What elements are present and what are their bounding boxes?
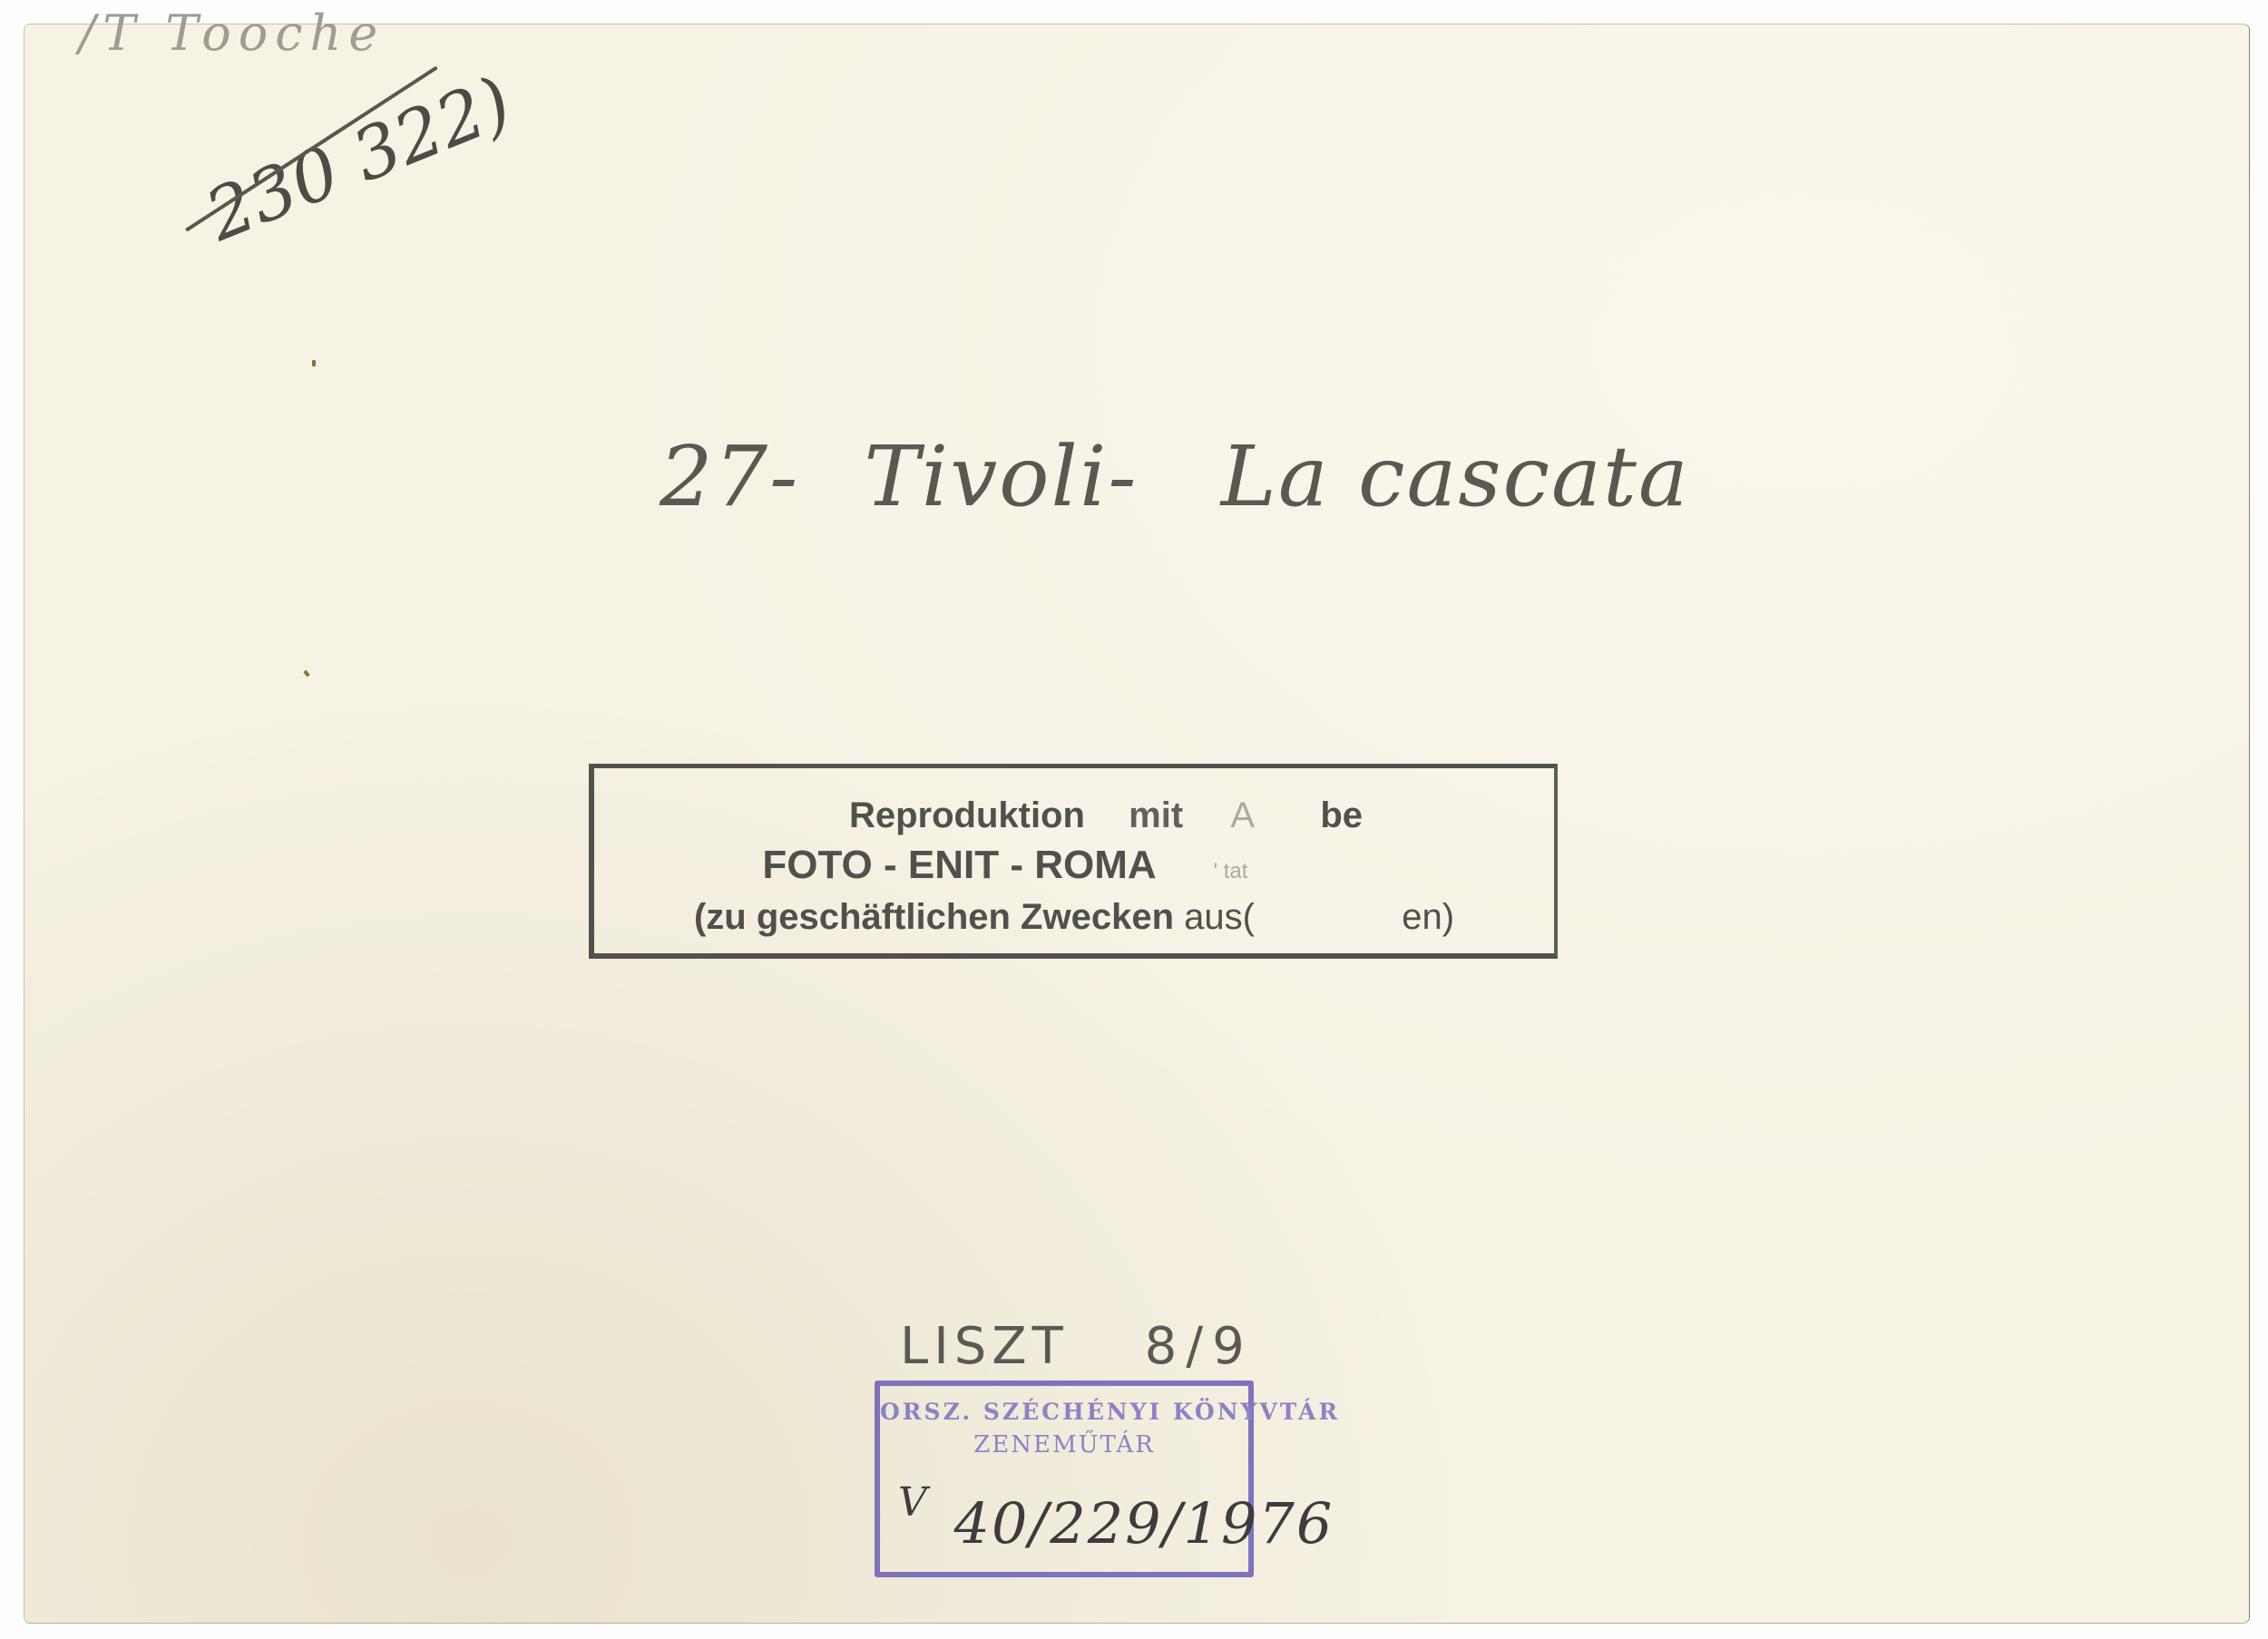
inventory-number-text: 40/229/1976 <box>954 1490 1334 1556</box>
stamp-commercial-notice: (zu geschäftlichen Zwecken <box>694 897 1174 937</box>
caption-place: Tivoli- <box>864 428 1138 525</box>
library-ownership-stamp: ORSZ. SZÉCHÉNYI KÖNYVTÁR ZENEMŰTÁR V 40/… <box>875 1380 1254 1577</box>
stamp-line-1: Reproduktion mit A be <box>658 795 1554 836</box>
paper-speck <box>303 670 310 678</box>
pencil-note-name: LISZT <box>900 1317 1069 1376</box>
stamp-word-fragment: be <box>1320 795 1363 835</box>
stamp-faded-fragment: ' tat <box>1213 859 1247 883</box>
stamp-line-3: (zu geschäftlichen Zwecken aus( en) <box>594 897 1554 938</box>
stamp-faded-letter: A <box>1230 795 1255 835</box>
paper-speck <box>312 360 316 366</box>
stamp-foto-enit-roma: FOTO - ENIT - ROMA <box>762 843 1155 887</box>
caption-number: 27- <box>660 428 799 525</box>
stamp-word-mit: mit <box>1129 795 1183 835</box>
inventory-number: V 40/229/1976 <box>898 1490 1334 1556</box>
caption-title: La cascata <box>1221 428 1690 525</box>
stamp-line-2: FOTO - ENIT - ROMA ' tat <box>594 843 1554 888</box>
check-mark: V <box>898 1479 929 1526</box>
stamp-word-reproduktion: Reproduktion <box>849 795 1085 835</box>
library-name: ORSZ. SZÉCHÉNYI KÖNYVTÁR <box>880 1399 1248 1425</box>
reference-number-struck: 230 322) <box>195 62 523 258</box>
stamp-word-fragment-en: en) <box>1402 897 1454 937</box>
reproduction-rights-stamp: Reproduktion mit A be FOTO - ENIT - ROMA… <box>589 764 1558 959</box>
pencil-note-number: 8/9 <box>1145 1317 1254 1376</box>
library-department: ZENEMŰTÁR <box>880 1431 1248 1459</box>
pencil-note-liszt: LISZT 8/9 <box>900 1317 1254 1376</box>
handwritten-caption: 27- Tivoli- La cascata <box>660 428 1690 525</box>
top-edge-pencil-scribble: /T Tooche <box>79 5 385 62</box>
stamp-word-fragment-aus: aus( <box>1184 897 1255 937</box>
photo-card-back: /T Tooche 230 322) 27- Tivoli- La cascat… <box>24 24 2249 1623</box>
